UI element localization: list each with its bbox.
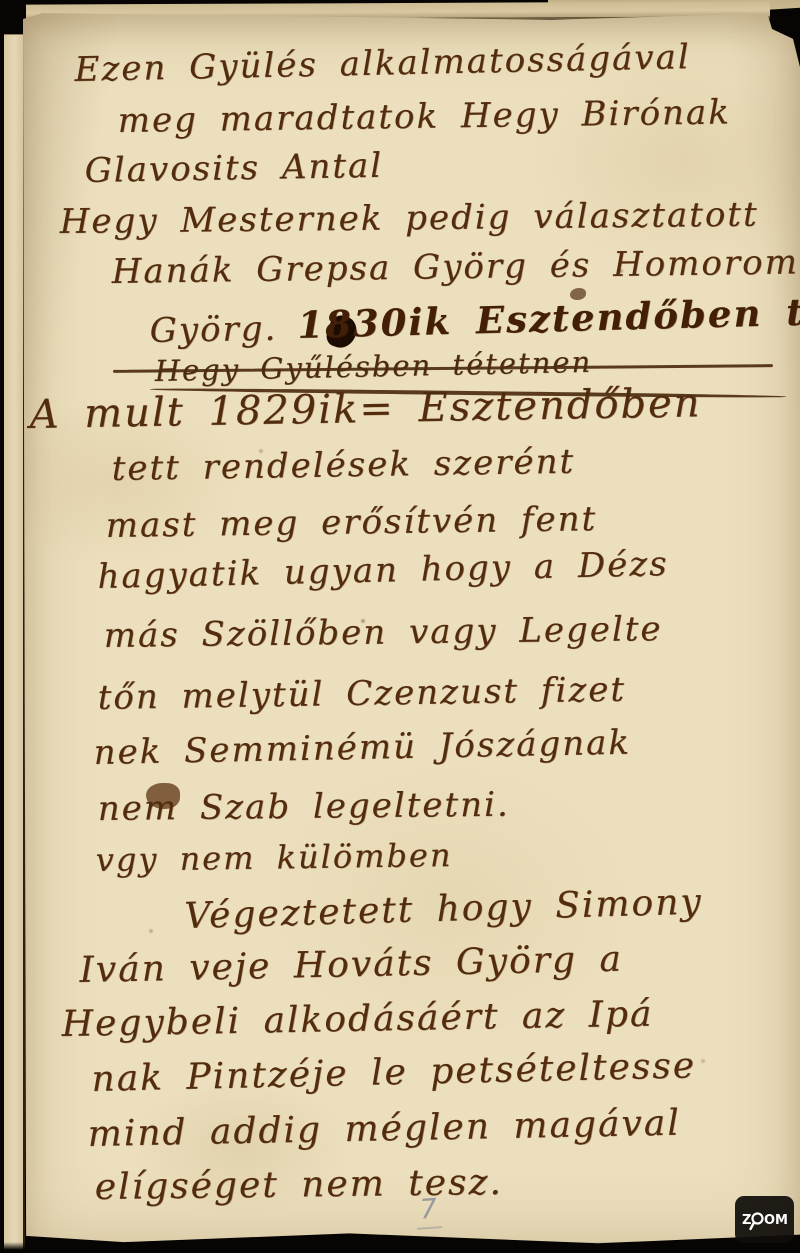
manuscript-line: Györg. bbox=[149, 309, 277, 351]
page-edge-left bbox=[4, 34, 25, 1253]
manuscript-line: tőn melytül Czenzust fizet bbox=[97, 670, 626, 718]
manuscript-line: mast meg erősítvén fent bbox=[105, 499, 597, 546]
manuscript-line: más Szöllőben vagy Legelte bbox=[104, 609, 663, 656]
manuscript-line: vgy nem külömben bbox=[95, 836, 452, 879]
manuscript-line: Hegy Mesternek pedig választatott bbox=[60, 195, 759, 242]
zoom-watermark: Z OM bbox=[735, 1196, 794, 1243]
manuscript-line: nem Szab legeltetni. bbox=[98, 785, 510, 829]
manuscript-line: elígséget nem tesz. bbox=[94, 1162, 503, 1208]
manuscript-line: tett rendelések szerént bbox=[111, 442, 575, 489]
zoom-logo-icon: Z OM bbox=[742, 1207, 788, 1233]
scan-bottom-edge bbox=[0, 1242, 800, 1253]
manuscript-line: meg maradtatok Hegy Birónak bbox=[117, 92, 731, 141]
page-number-pencil: 7 bbox=[415, 1193, 443, 1230]
svg-text:Z: Z bbox=[742, 1213, 751, 1228]
svg-text:OM: OM bbox=[764, 1213, 788, 1228]
manuscript-line: Glavosits Antal bbox=[84, 146, 383, 191]
